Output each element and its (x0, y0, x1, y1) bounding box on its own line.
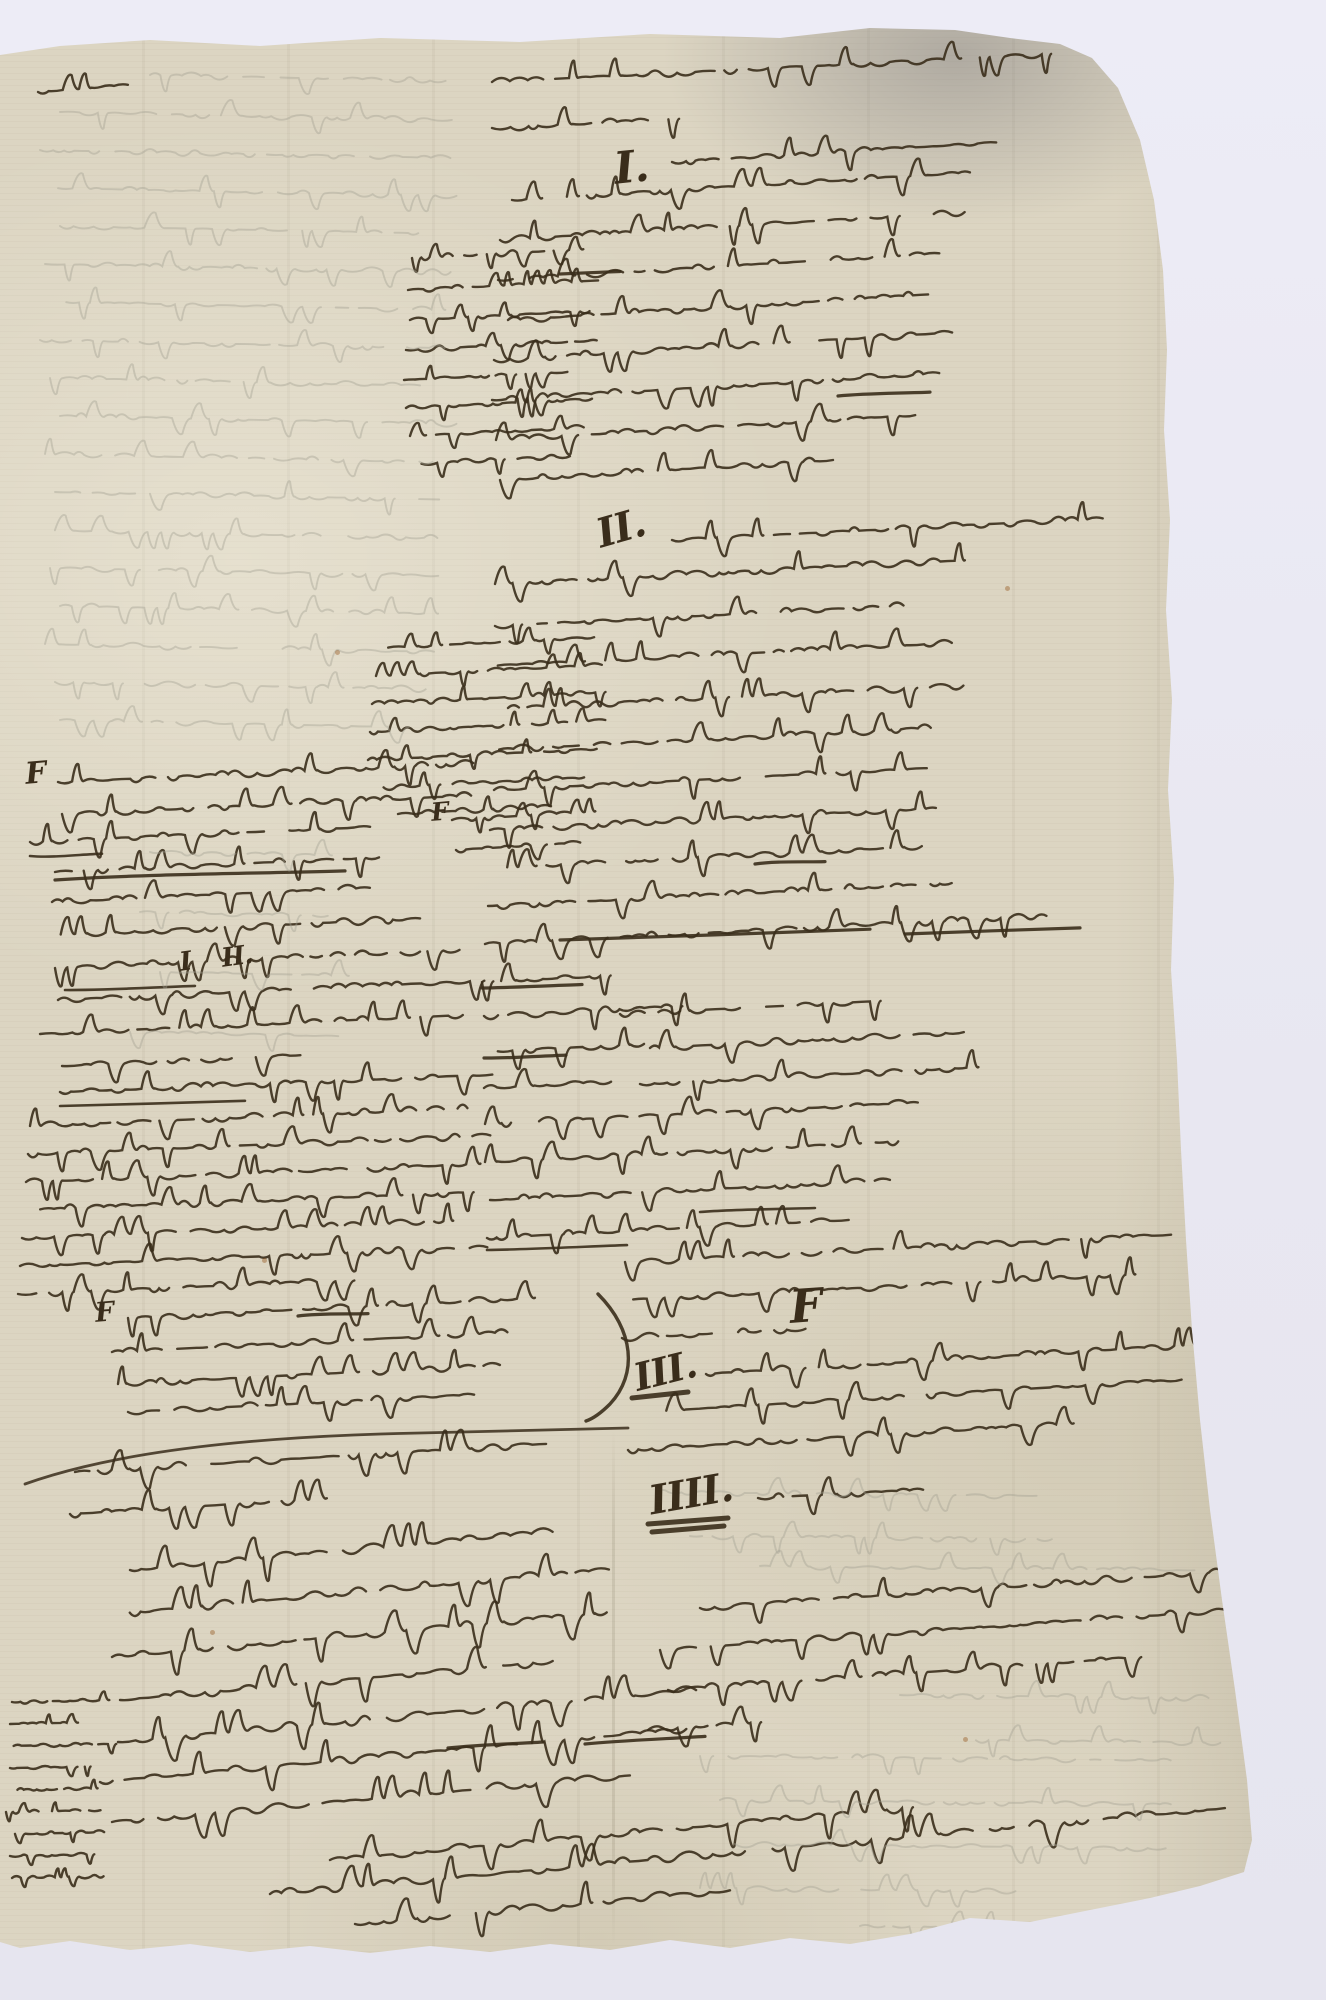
handwriting-line (40, 1001, 463, 1036)
handwriting-block-bottom-right-block (648, 1569, 1231, 1747)
foxing-spot (1005, 586, 1010, 591)
strikethrough-mark (755, 862, 825, 864)
handwriting-line (700, 1754, 1171, 1774)
handwriting-line (758, 1477, 940, 1514)
handwriting-line (60, 100, 452, 133)
handwriting-line (666, 1380, 1181, 1424)
handwriting-line (700, 1873, 1016, 1907)
mark-ii-inline: II. (220, 942, 254, 972)
handwriting-line (625, 1231, 1171, 1280)
handwriting-line (508, 678, 963, 716)
underline-mark (60, 1101, 245, 1106)
handwriting-line (52, 880, 370, 912)
handwriting-line (12, 1691, 109, 1703)
handwriting-line (10, 1766, 91, 1776)
handwriting-line (650, 1030, 964, 1063)
handwriting-line (410, 303, 597, 334)
handwriting-line (668, 1652, 1141, 1705)
numeral-i: I. (612, 144, 650, 191)
handwriting-line (45, 629, 434, 666)
handwriting-line (672, 136, 996, 170)
mark-f-bold: F (788, 1282, 823, 1330)
heavy-underline-mark (652, 1526, 724, 1532)
handwriting-block-showthrough-top-left (40, 72, 457, 742)
foxing-spot (210, 1630, 215, 1635)
handwriting-line (60, 212, 433, 247)
handwriting-line (75, 1430, 546, 1489)
handwriting-block-left-main-block (30, 750, 484, 1082)
handwriting-line (496, 404, 915, 455)
handwriting-line (130, 1522, 569, 1586)
handwriting-line (507, 830, 922, 883)
handwriting-line (370, 708, 605, 734)
handwriting-line (118, 1675, 696, 1760)
handwriting-line (976, 1725, 1220, 1756)
handwriting-line (492, 42, 1051, 87)
handwriting-line (62, 1055, 300, 1083)
handwriting-block-tiny-margin-stack (6, 1691, 116, 1887)
handwriting-line (40, 149, 450, 159)
handwriting-line (499, 713, 931, 752)
handwriting-line (118, 1350, 500, 1397)
handwriting-line (482, 964, 611, 1001)
handwriting-line (50, 364, 436, 398)
handwriting-line (648, 1707, 761, 1747)
handwriting-block-below-separator (70, 1430, 546, 1529)
handwriting-line (672, 502, 1103, 556)
handwriting-line (485, 1097, 944, 1139)
handwriting-line (412, 237, 583, 272)
handwriting-line (70, 1480, 327, 1529)
handwriting-line (484, 1069, 611, 1088)
handwriting-line (422, 455, 570, 477)
handwriting-block-top-left-word (38, 73, 128, 93)
handwriting-line (60, 593, 438, 627)
scan-background: I.II.III.IIII.FFFFIII. 10 (0, 0, 1326, 2000)
handwriting-line (120, 1647, 553, 1706)
handwriting-line (720, 1785, 1187, 1820)
handwriting-line (690, 1522, 1052, 1555)
handwriting-line (17, 1780, 97, 1791)
handwriting-block-section-2-paragraph (482, 502, 1103, 1253)
handwriting-line (45, 251, 451, 287)
handwriting-line (45, 439, 433, 477)
handwriting-block-section-3-paragraph (628, 1328, 1225, 1456)
strikethrough-mark (560, 929, 870, 940)
handwriting-block-showthrough-bottom-right (656, 1478, 1220, 1943)
handwriting-line (30, 1094, 467, 1139)
handwriting-line (406, 389, 592, 420)
handwriting-block-f-aside-block (112, 1281, 535, 1420)
foxing-spot (335, 650, 340, 655)
handwriting-line (55, 672, 426, 703)
handwriting-line (40, 1178, 473, 1226)
handwriting-line (487, 1206, 849, 1253)
handwriting-line (60, 1063, 492, 1102)
handwriting-ink-layer (0, 0, 1326, 2000)
handwriting-block-section-4-line (758, 1477, 940, 1514)
handwriting-line (860, 1912, 1061, 1943)
handwriting-line (900, 1681, 1209, 1714)
underline-mark (65, 986, 195, 990)
handwriting-line (384, 773, 584, 799)
handwriting-line (492, 107, 679, 137)
handwriting-line (128, 1281, 535, 1336)
mark-f-left: F (24, 758, 47, 790)
handwriting-line (484, 1005, 693, 1030)
handwriting-block-header-right (492, 42, 1051, 138)
handwriting-line (633, 1257, 1135, 1317)
handwriting-line (488, 873, 952, 918)
handwriting-line (512, 159, 970, 209)
handwriting-line (112, 1317, 507, 1352)
handwriting-line (628, 1407, 1074, 1456)
handwriting-line (10, 1714, 83, 1724)
handwriting-line (640, 1050, 978, 1100)
handwriting-block-bottom-block (100, 1522, 1225, 1936)
page-number: 10 (1085, 29, 1124, 62)
handwriting-line (495, 543, 965, 601)
handwriting-line (500, 208, 965, 244)
handwriting-line (60, 401, 457, 438)
handwriting-line (62, 787, 471, 832)
handwriting-line (12, 1868, 104, 1887)
handwriting-block-losreiss-block (18, 1063, 492, 1311)
handwriting-line (14, 1743, 117, 1753)
handwriting-line (55, 515, 437, 550)
foxing-spot (963, 1737, 968, 1742)
strikethrough-mark (838, 392, 930, 396)
closing-bracket-mark (586, 1294, 628, 1421)
handwriting-line (15, 1830, 104, 1843)
strikethrough-mark (298, 1314, 368, 1316)
handwriting-line (20, 1236, 487, 1274)
handwriting-line (490, 792, 936, 848)
handwriting-line (50, 556, 438, 591)
underline-mark (30, 854, 102, 857)
handwriting-line (130, 1031, 338, 1051)
handwriting-line (498, 1028, 644, 1069)
handwriting-line (404, 366, 586, 389)
mark-f-note: F (430, 799, 449, 825)
handwriting-line (500, 450, 833, 498)
strikethrough-mark (484, 1055, 566, 1058)
mark-f-aside: F (94, 1298, 114, 1326)
handwriting-line (660, 1609, 1226, 1669)
handwriting-line (150, 72, 446, 94)
handwriting-line (55, 944, 460, 987)
handwriting-line (60, 706, 409, 743)
handwriting-line (490, 1165, 890, 1210)
handwriting-line (388, 628, 594, 654)
handwriting-line (18, 1268, 354, 1311)
handwriting-line (494, 326, 952, 372)
strikethrough-mark (560, 272, 620, 275)
handwriting-line (55, 481, 439, 514)
handwriting-line (128, 1386, 474, 1421)
handwriting-line (355, 1882, 730, 1936)
handwriting-line (706, 1328, 1225, 1388)
strikethrough-mark (585, 1736, 705, 1744)
handwriting-block-section-1-paragraph (492, 136, 996, 499)
handwriting-line (6, 1802, 101, 1821)
handwriting-line (30, 812, 370, 857)
strikethrough-mark (482, 985, 582, 989)
handwriting-line (368, 739, 597, 768)
handwriting-line (58, 981, 484, 1014)
handwriting-line (38, 73, 128, 93)
handwriting-line (410, 416, 584, 448)
handwriting-line (112, 1771, 630, 1838)
handwriting-line (485, 1127, 898, 1179)
foxing-spot (262, 1258, 267, 1263)
handwriting-block-aside-right (622, 1231, 1171, 1341)
manuscript-page: I.II.III.IIII.FFFFIII. 10 (0, 0, 1326, 2000)
handwriting-line (622, 1329, 805, 1341)
handwriting-line (58, 173, 456, 211)
handwriting-line (494, 752, 927, 806)
handwriting-line (66, 287, 445, 323)
handwriting-line (495, 597, 904, 644)
handwriting-line (10, 1853, 94, 1865)
numeral-ii: II. (592, 503, 650, 555)
handwriting-line (40, 330, 445, 362)
strikethrough-mark (905, 928, 1080, 934)
